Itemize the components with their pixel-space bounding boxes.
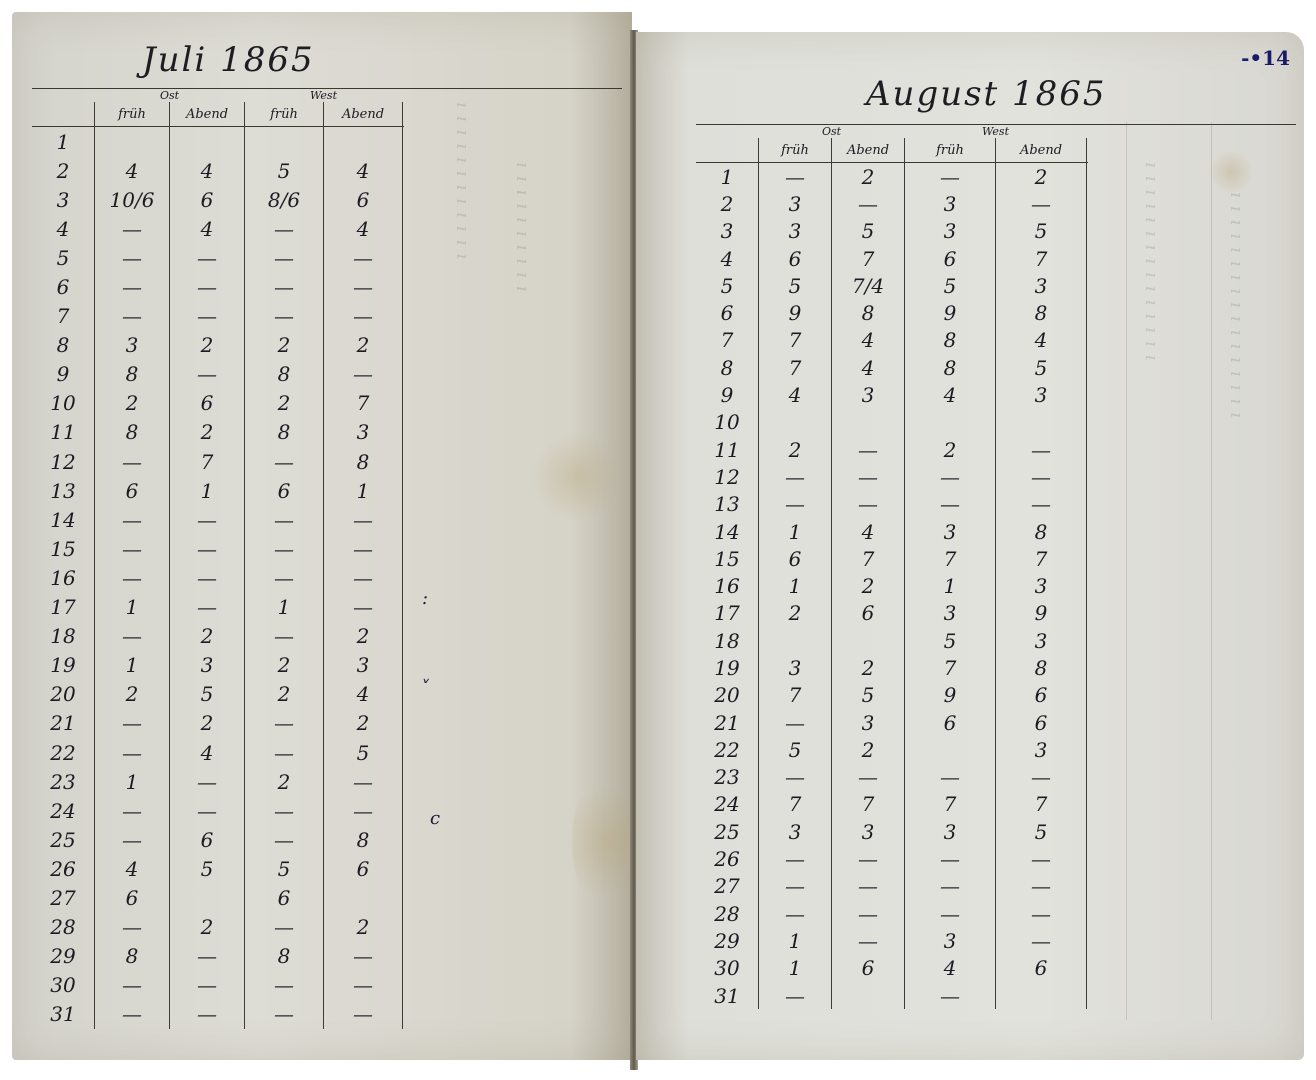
day-number: 7 [32, 302, 95, 331]
group-header-ost: Ost [759, 124, 905, 138]
cell-west-abend: 3 [996, 736, 1087, 763]
cell-west-frueh: 7 [905, 545, 996, 572]
cell-ost-abend: — [170, 243, 245, 272]
cell-ost-frueh: — [95, 913, 170, 942]
table-row: 98—8— [32, 360, 404, 389]
cell-ost-abend: — [832, 436, 905, 463]
day-number: 2 [32, 156, 95, 185]
day-number: 19 [696, 654, 759, 681]
cell-ost-abend: 2 [832, 163, 905, 191]
cell-ost-frueh: 1 [95, 651, 170, 680]
cell-ost-abend: — [170, 767, 245, 796]
table-row: 46767 [696, 245, 1088, 272]
cell-west-frueh: — [245, 738, 324, 767]
day-number: 26 [32, 854, 95, 883]
cell-west-frueh: 8/6 [245, 185, 324, 214]
cell-west-abend: 9 [996, 600, 1087, 627]
day-number: 28 [32, 913, 95, 942]
day-number: 11 [32, 418, 95, 447]
margin-ink-mark: c [430, 808, 440, 829]
cell-ost-abend: 4 [170, 738, 245, 767]
day-number: 13 [696, 491, 759, 518]
cell-ost-frueh: 7 [759, 354, 832, 381]
cell-ost-abend: 3 [832, 818, 905, 845]
cell-ost-frueh: 6 [95, 476, 170, 505]
cell-west-abend: 7 [324, 389, 403, 418]
cell-west-frueh: 2 [245, 389, 324, 418]
cell-west-abend: — [996, 900, 1087, 927]
july-rows: 124454310/668/664—4—45————6————7————8322… [32, 127, 404, 1029]
cell-ost-abend: 5 [832, 682, 905, 709]
cell-ost-frueh: 2 [95, 680, 170, 709]
group-header-west: West [905, 124, 1087, 138]
table-row: 24454 [32, 156, 404, 185]
cell-west-frueh: — [905, 163, 996, 191]
day-number: 25 [32, 825, 95, 854]
cell-ost-frueh: — [95, 709, 170, 738]
table-row: 291—3— [696, 927, 1088, 954]
cell-west-frueh: — [245, 447, 324, 476]
cell-west-frueh: — [905, 900, 996, 927]
day-number: 4 [32, 214, 95, 243]
cell-west-abend: 5 [996, 218, 1087, 245]
cell-ost-abend: — [832, 927, 905, 954]
left-page-july: Juli 1865 ıııııııııııı ıııııııııı : ˬ c … [12, 12, 632, 1060]
cell-west-abend: — [324, 796, 403, 825]
cell-ost-abend: 2 [170, 331, 245, 360]
cell-ost-abend: 3 [832, 709, 905, 736]
cell-west-frueh: 8 [245, 360, 324, 389]
table-row: 87485 [696, 354, 1088, 381]
cell-west-abend: 3 [996, 381, 1087, 408]
table-row: 4—4—4 [32, 214, 404, 243]
cell-west-frueh: 5 [245, 854, 324, 883]
cell-west-frueh: 1 [905, 572, 996, 599]
cell-ost-frueh: 7 [759, 791, 832, 818]
day-number: 10 [696, 409, 759, 436]
table-row: 112—2— [696, 436, 1088, 463]
cell-ost-abend: 4 [170, 214, 245, 243]
cell-west-frueh: 9 [905, 682, 996, 709]
table-row: 161213 [696, 572, 1088, 599]
cell-west-abend: 7 [996, 791, 1087, 818]
day-number: 8 [696, 354, 759, 381]
day-number: 22 [32, 738, 95, 767]
day-number: 18 [696, 627, 759, 654]
cell-ost-frueh: 3 [759, 654, 832, 681]
cell-west-abend: 3 [324, 651, 403, 680]
cell-ost-frueh: 3 [759, 218, 832, 245]
group-header-west: West [245, 88, 403, 102]
cell-ost-abend: 4 [170, 156, 245, 185]
day-number: 24 [696, 791, 759, 818]
day-number: 16 [32, 563, 95, 592]
cell-west-abend: — [996, 436, 1087, 463]
cell-west-abend: — [996, 764, 1087, 791]
cell-west-frueh: 7 [905, 654, 996, 681]
day-number: 1 [696, 163, 759, 191]
cell-ost-frueh: — [759, 982, 832, 1009]
table-row: 5———— [32, 243, 404, 272]
cell-west-frueh: — [905, 845, 996, 872]
cell-ost-abend: 2 [832, 572, 905, 599]
cell-west-abend: — [996, 463, 1087, 490]
cell-ost-frueh: — [759, 463, 832, 490]
paper-stain [532, 432, 622, 522]
table-row: 557/453 [696, 272, 1088, 299]
day-number: 19 [32, 651, 95, 680]
day-number: 9 [32, 360, 95, 389]
cell-ost-abend: 2 [170, 913, 245, 942]
cell-ost-frueh: 6 [95, 883, 170, 912]
cell-west-abend [996, 409, 1087, 436]
cell-ost-abend: 7 [832, 545, 905, 572]
cell-ost-abend: — [832, 764, 905, 791]
day-number: 2 [696, 190, 759, 217]
day-number: 27 [696, 873, 759, 900]
cell-west-abend: 6 [996, 709, 1087, 736]
cell-west-frueh: 5 [905, 627, 996, 654]
day-number: 21 [696, 709, 759, 736]
table-row: 23———— [696, 764, 1088, 791]
day-number: 12 [696, 463, 759, 490]
cell-ost-frueh: 3 [95, 331, 170, 360]
cell-west-frueh: 8 [905, 327, 996, 354]
day-number: 15 [696, 545, 759, 572]
margin-ink-mark: : [422, 588, 428, 609]
cell-ost-frueh: 5 [759, 736, 832, 763]
cell-west-abend: 5 [324, 738, 403, 767]
table-row: 231—2— [32, 767, 404, 796]
cell-ost-frueh: — [95, 243, 170, 272]
cell-west-abend [324, 883, 403, 912]
cell-west-abend: 8 [996, 299, 1087, 326]
cell-ost-frueh: — [95, 302, 170, 331]
day-number: 3 [32, 185, 95, 214]
cell-west-frueh: — [905, 463, 996, 490]
cell-west-abend: — [996, 927, 1087, 954]
cell-west-frueh: 6 [905, 245, 996, 272]
cell-west-abend: — [324, 593, 403, 622]
cell-west-abend: 2 [996, 163, 1087, 191]
cell-west-frueh: — [245, 913, 324, 942]
cell-ost-abend: 3 [170, 651, 245, 680]
cell-west-frueh: — [245, 622, 324, 651]
day-number: 29 [32, 942, 95, 971]
cell-ost-abend: — [832, 900, 905, 927]
cell-ost-abend: 5 [170, 854, 245, 883]
day-number: 23 [32, 767, 95, 796]
page-title-august: August 1865 [866, 74, 1107, 114]
table-row: 136161 [32, 476, 404, 505]
cell-west-frueh [245, 127, 324, 157]
day-number: 27 [32, 883, 95, 912]
day-column-header [32, 102, 95, 127]
table-row: 310/668/66 [32, 185, 404, 214]
table-row: 1853 [696, 627, 1088, 654]
table-row: 102627 [32, 389, 404, 418]
august-rows: 1—2—223—3—3353546767557/4536989877484874… [696, 163, 1088, 1010]
cell-ost-frueh: 3 [759, 190, 832, 217]
cell-west-frueh: — [245, 563, 324, 592]
cell-west-frueh: — [245, 214, 324, 243]
day-number: 20 [32, 680, 95, 709]
day-number: 9 [696, 381, 759, 408]
cell-ost-abend: 5 [832, 218, 905, 245]
cell-ost-frueh: 7 [759, 682, 832, 709]
cell-ost-abend: 2 [832, 736, 905, 763]
table-row: 12—7—8 [32, 447, 404, 476]
table-row: 118283 [32, 418, 404, 447]
cell-west-frueh: 6 [905, 709, 996, 736]
cell-west-abend: 3 [996, 627, 1087, 654]
cell-ost-frueh: 8 [95, 942, 170, 971]
day-number: 16 [696, 572, 759, 599]
cell-west-abend: 1 [324, 476, 403, 505]
cell-west-abend: — [324, 360, 403, 389]
table-row: 1—2—2 [696, 163, 1088, 191]
cell-west-frueh: 8 [905, 354, 996, 381]
cell-west-abend: 8 [324, 825, 403, 854]
cell-west-frueh: — [245, 971, 324, 1000]
day-number: 14 [696, 518, 759, 545]
header-ost-frueh: früh [95, 102, 170, 127]
cell-ost-frueh: — [95, 447, 170, 476]
cell-ost-frueh: 1 [759, 927, 832, 954]
cell-ost-abend: — [170, 534, 245, 563]
cell-west-frueh: — [245, 825, 324, 854]
day-number: 20 [696, 682, 759, 709]
table-row: 16———— [32, 563, 404, 592]
day-number: 31 [696, 982, 759, 1009]
cell-ost-abend: — [170, 563, 245, 592]
header-west-abend: Abend [324, 102, 403, 127]
cell-ost-abend: — [170, 360, 245, 389]
cell-west-frueh [905, 736, 996, 763]
table-row: 13———— [696, 491, 1088, 518]
cell-west-abend: — [324, 767, 403, 796]
cell-ost-abend: — [170, 593, 245, 622]
cell-west-abend: — [324, 563, 403, 592]
cell-ost-frueh: — [95, 505, 170, 534]
cell-ost-abend: — [832, 845, 905, 872]
cell-ost-frueh: — [759, 764, 832, 791]
cell-ost-abend [832, 627, 905, 654]
table-row: 202524 [32, 680, 404, 709]
cell-ost-abend: — [170, 942, 245, 971]
table-row: 301646 [696, 955, 1088, 982]
table-row: 27———— [696, 873, 1088, 900]
cell-west-frueh: — [245, 243, 324, 272]
cell-ost-abend: 7 [832, 791, 905, 818]
cell-west-frueh: — [245, 302, 324, 331]
day-number: 17 [696, 600, 759, 627]
cell-west-abend: — [996, 491, 1087, 518]
cell-ost-frueh [759, 409, 832, 436]
cell-ost-abend: — [170, 1000, 245, 1029]
cell-ost-abend: 6 [170, 185, 245, 214]
cell-ost-frueh: — [95, 971, 170, 1000]
cell-west-frueh: 2 [245, 331, 324, 360]
table-row: 21—2—2 [32, 709, 404, 738]
cell-west-abend: 2 [324, 913, 403, 942]
cell-ost-abend: — [170, 505, 245, 534]
group-header-ost: Ost [95, 88, 245, 102]
cell-ost-frueh: 4 [95, 854, 170, 883]
cell-west-abend: — [996, 873, 1087, 900]
cell-ost-frueh: 4 [95, 156, 170, 185]
cell-ost-frueh: — [759, 845, 832, 872]
cell-west-frueh: 3 [905, 218, 996, 245]
day-number: 30 [696, 955, 759, 982]
cell-ost-abend: 7/4 [832, 272, 905, 299]
cell-ost-frueh: — [95, 738, 170, 767]
cell-ost-frueh: 6 [759, 545, 832, 572]
cell-ost-abend: 6 [832, 955, 905, 982]
cell-west-frueh: 3 [905, 927, 996, 954]
cell-ost-abend: 2 [170, 622, 245, 651]
cell-ost-abend: — [832, 190, 905, 217]
cell-west-frueh: — [905, 873, 996, 900]
open-ledger-book: Juli 1865 ıııııııııııı ıııııııııı : ˬ c … [0, 0, 1316, 1080]
page-number-mark: -•14 [1241, 46, 1290, 70]
cell-ost-frueh: — [95, 534, 170, 563]
cell-west-abend: — [996, 190, 1087, 217]
bleed-through-text: ııııııııııııııııı [1226, 192, 1247, 426]
cell-ost-frueh: 1 [759, 955, 832, 982]
cell-ost-abend: — [832, 873, 905, 900]
cell-ost-frueh: 10/6 [95, 185, 170, 214]
cell-west-abend: — [324, 1000, 403, 1029]
cell-west-frueh: 8 [245, 418, 324, 447]
cell-ost-frueh: 4 [759, 381, 832, 408]
cell-ost-abend [832, 409, 905, 436]
cell-ost-frueh [759, 627, 832, 654]
table-row: 18—2—2 [32, 622, 404, 651]
table-row: 2766 [32, 883, 404, 912]
day-number: 10 [32, 389, 95, 418]
table-row: 28—2—2 [32, 913, 404, 942]
cell-ost-abend: 2 [170, 418, 245, 447]
cell-west-abend: 6 [324, 854, 403, 883]
cell-west-abend: 6 [996, 682, 1087, 709]
cell-ost-abend: — [832, 463, 905, 490]
cell-ost-abend: 1 [170, 476, 245, 505]
day-number: 1 [32, 127, 95, 157]
day-number: 14 [32, 505, 95, 534]
day-number: 22 [696, 736, 759, 763]
paper-stain [1206, 152, 1256, 192]
cell-west-frueh: 3 [905, 600, 996, 627]
cell-west-abend: 4 [324, 156, 403, 185]
table-row: 31———— [32, 1000, 404, 1029]
cell-west-abend: — [324, 971, 403, 1000]
cell-west-frueh: 9 [905, 299, 996, 326]
cell-ost-frueh: 1 [759, 572, 832, 599]
day-number: 24 [32, 796, 95, 825]
cell-ost-frueh: 7 [759, 327, 832, 354]
faint-ruling [1211, 122, 1212, 1020]
cell-west-frueh: — [245, 1000, 324, 1029]
right-page-august: August 1865 -•14 ııııııııııııııı ııııııı… [636, 32, 1304, 1060]
table-row: 12———— [696, 463, 1088, 490]
cell-west-frueh: — [245, 796, 324, 825]
cell-ost-abend: 6 [170, 825, 245, 854]
cell-ost-frueh: 2 [759, 436, 832, 463]
cell-ost-frueh: 1 [95, 767, 170, 796]
cell-west-abend: 6 [996, 955, 1087, 982]
cell-west-abend: 4 [324, 680, 403, 709]
margin-ink-mark: ˬ [422, 662, 431, 683]
table-row: 264556 [32, 854, 404, 883]
cell-ost-abend: 7 [170, 447, 245, 476]
day-number: 18 [32, 622, 95, 651]
cell-ost-frueh: — [95, 272, 170, 301]
cell-ost-frueh: — [759, 900, 832, 927]
day-number: 3 [696, 218, 759, 245]
cell-west-frueh: — [245, 272, 324, 301]
cell-west-abend: — [324, 942, 403, 971]
cell-west-abend: 7 [996, 545, 1087, 572]
bleed-through-text: ııııııııııııııı [1141, 162, 1162, 368]
cell-west-abend: — [324, 243, 403, 272]
cell-west-abend: 4 [996, 327, 1087, 354]
cell-west-abend: — [996, 845, 1087, 872]
cell-ost-frueh: 1 [95, 593, 170, 622]
cell-west-frueh: — [905, 491, 996, 518]
day-number: 26 [696, 845, 759, 872]
cell-west-frueh: 3 [905, 518, 996, 545]
table-row: 30———— [32, 971, 404, 1000]
day-number: 25 [696, 818, 759, 845]
cell-west-abend: 8 [996, 518, 1087, 545]
cell-ost-abend: — [170, 971, 245, 1000]
cell-west-frueh: 1 [245, 593, 324, 622]
cell-ost-frueh: 9 [759, 299, 832, 326]
cell-ost-frueh: 8 [95, 418, 170, 447]
cell-west-abend: 4 [324, 214, 403, 243]
cell-west-abend [996, 982, 1087, 1009]
cell-ost-frueh: 5 [759, 272, 832, 299]
cell-ost-frueh: — [95, 825, 170, 854]
cell-ost-frueh: 8 [95, 360, 170, 389]
day-number: 5 [696, 272, 759, 299]
cell-ost-abend: — [170, 796, 245, 825]
table-row: 94343 [696, 381, 1088, 408]
day-number: 15 [32, 534, 95, 563]
day-number: 23 [696, 764, 759, 791]
cell-ost-abend: — [170, 272, 245, 301]
cell-west-abend: — [324, 534, 403, 563]
table-row: 247777 [696, 791, 1088, 818]
cell-west-abend: — [324, 272, 403, 301]
header-ost-abend: Abend [832, 138, 905, 163]
cell-ost-abend: 4 [832, 354, 905, 381]
page-title-july: Juli 1865 [142, 40, 315, 80]
day-number: 6 [696, 299, 759, 326]
cell-west-frueh: 6 [245, 476, 324, 505]
cell-ost-abend: 6 [832, 600, 905, 627]
table-row: 22523 [696, 736, 1088, 763]
cell-west-frueh: 5 [245, 156, 324, 185]
header-west-abend: Abend [996, 138, 1087, 163]
table-row: 33535 [696, 218, 1088, 245]
cell-ost-frueh: — [759, 491, 832, 518]
cell-ost-abend: 3 [832, 381, 905, 408]
cell-ost-frueh: — [759, 709, 832, 736]
day-number: 29 [696, 927, 759, 954]
cell-west-abend: 3 [996, 572, 1087, 599]
